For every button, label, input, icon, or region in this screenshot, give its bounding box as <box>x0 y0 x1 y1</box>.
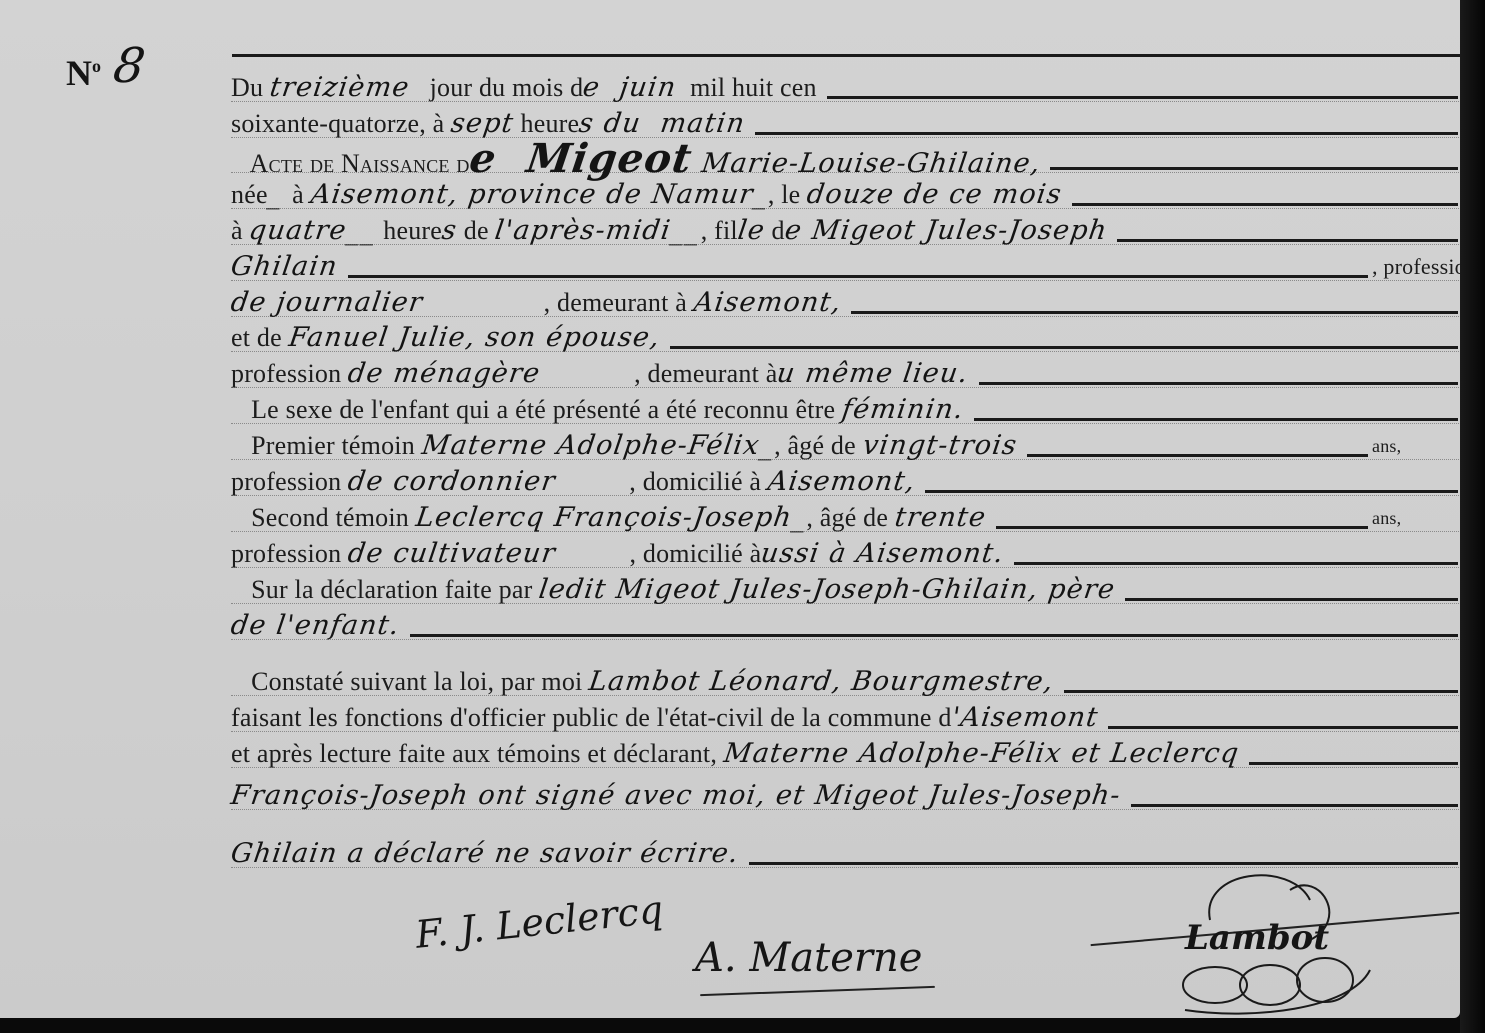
printed-text: Acte de Naissance d <box>231 149 470 178</box>
fill-line <box>1014 562 1458 565</box>
record-line: née_ à Aisemont, province de Namur_, le … <box>231 177 1062 213</box>
handwritten-entry: François-Joseph ont signé avec moi, et M… <box>228 778 1123 814</box>
fill-line <box>851 311 1458 314</box>
handwritten-entry: ledit Migeot Jules-Joseph-Ghilain, père <box>537 572 1118 608</box>
printed-text: mil huit cen <box>677 73 817 102</box>
fill-line <box>979 382 1458 385</box>
printed-text: , domicilié à <box>556 539 762 568</box>
handwritten-entry: e Migeot Jules-Joseph <box>782 213 1109 249</box>
fill-line <box>1249 762 1458 765</box>
fill-line <box>974 418 1458 421</box>
record-line: Le sexe de l'enfant qui a été présenté a… <box>231 392 964 428</box>
handwritten-entry: Aisemont, province de Namur_ <box>308 177 770 213</box>
printed-text: heure <box>377 216 442 245</box>
printed-text: profession <box>231 539 348 568</box>
printed-text: Sur la déclaration faite par <box>231 575 539 604</box>
number-label: N <box>66 53 92 93</box>
record-line: Ghilain a déclaré ne savoir écrire. <box>231 836 739 872</box>
fill-line <box>925 490 1458 493</box>
record-line: de journalier , demeurant à Aisemont, <box>231 285 841 321</box>
record-line: Ghilain <box>231 249 338 285</box>
handwritten-entry: treizième <box>267 70 412 106</box>
printed-text: Second témoin <box>231 503 416 532</box>
handwritten-entry: Materne Adolphe-Félix_ <box>419 428 777 464</box>
fill-line <box>1125 598 1458 601</box>
printed-text: de <box>457 216 495 245</box>
handwritten-entry: u même lieu. <box>775 356 971 392</box>
printed-text-right: ans, <box>1372 500 1401 536</box>
page-bottom-shadow <box>0 1018 1460 1033</box>
fill-line <box>1050 167 1458 170</box>
record-line: François-Joseph ont signé avec moi, et M… <box>231 778 1121 814</box>
signature-leclercq: F. J. Leclercq <box>413 887 665 957</box>
handwritten-entry: Lambot Léonard, Bourgmestre, <box>587 664 1057 700</box>
printed-text: , demeurant à <box>540 359 777 388</box>
handwritten-entry: Aisemont, <box>765 464 918 500</box>
handwritten-entry: de ménagère <box>346 356 543 392</box>
handwritten-entry: l'après-midi__ <box>493 213 703 249</box>
fill-line <box>1117 239 1458 242</box>
printed-text: et après lecture faite aux témoins et dé… <box>231 739 724 768</box>
dotted-guide <box>231 638 1459 640</box>
handwritten-entry: de journalier <box>228 285 425 321</box>
printed-text: profession <box>231 467 348 496</box>
fill-line <box>1027 454 1368 457</box>
fill-line <box>1108 726 1458 729</box>
handwritten-entry: douze de ce mois <box>805 177 1065 213</box>
top-rule <box>232 54 1460 57</box>
handwritten-entry: Ghilain a déclaré ne savoir écrire. <box>228 836 741 872</box>
printed-text: jour du mois d <box>430 73 584 102</box>
record-line: Sur la déclaration faite par ledit Migeo… <box>231 572 1115 608</box>
handwritten-entry: e Migeot <box>467 141 694 177</box>
printed-text: Constaté suivant la loi, par moi <box>231 667 589 696</box>
printed-text: , âgé de <box>806 503 894 532</box>
handwritten-entry: 'Aisemont <box>949 700 1100 736</box>
printed-text: Premier témoin <box>231 431 422 460</box>
fill-line <box>1131 804 1458 807</box>
printed-text: d <box>765 216 785 245</box>
printed-text: , domicilié à <box>556 467 768 496</box>
record-line: de l'enfant. <box>231 608 400 644</box>
handwritten-entry: Leclercq François-Joseph_ <box>413 500 809 536</box>
fill-line <box>348 275 1368 278</box>
printed-text: soixante-quatorze, à <box>231 109 451 138</box>
handwritten-entry: quatre__ <box>247 213 379 249</box>
record-line: profession de cordonnier , domicilié à A… <box>231 464 915 500</box>
signature-materne: A. Materne <box>695 935 922 981</box>
fill-line <box>410 634 1458 637</box>
printed-text: , fil <box>701 216 738 245</box>
record-line: profession de cultivateur , domicilié àu… <box>231 536 1004 572</box>
printed-text <box>409 73 429 102</box>
record-number: No 8 <box>66 52 101 94</box>
printed-text: et de <box>231 323 289 352</box>
handwritten-entry: Ghilain <box>228 249 340 285</box>
printed-text: , âgé de <box>774 431 862 460</box>
signature-materne-underline <box>700 986 935 996</box>
handwritten-entry: vingt-trois <box>860 428 1019 464</box>
handwritten-entry: e juin <box>581 70 679 106</box>
record-line: Du treizième jour du mois de juin mil hu… <box>231 70 817 106</box>
signature-lambot-paraph <box>1170 860 1390 1020</box>
record-line: Premier témoin Materne Adolphe-Félix_, â… <box>231 428 1017 464</box>
record-number-value: 8 <box>110 38 150 94</box>
printed-text-right: ans, <box>1372 428 1401 464</box>
printed-text: née <box>231 180 268 209</box>
handwritten-entry: Aisemont, <box>691 285 844 321</box>
handwritten-entry: féminin. <box>839 392 966 428</box>
printed-text: à <box>292 180 310 209</box>
printed-text: profession <box>231 359 348 388</box>
handwritten-entry: de l'enfant. <box>228 608 402 644</box>
record-line: profession de ménagère , demeurant àu mê… <box>231 356 969 392</box>
fill-line <box>996 526 1368 529</box>
register-page: No 8 Du treizième jour du mois de juin m… <box>0 0 1460 1018</box>
handwritten-entry: ussi à Aisemont. <box>759 536 1007 572</box>
fill-line <box>827 96 1458 99</box>
handwritten-entry: Fanuel Julie, son épouse, <box>286 320 662 356</box>
handwritten-entry: trente <box>892 500 988 536</box>
record-line: Second témoin Leclercq François-Joseph_,… <box>231 500 986 536</box>
fill-line <box>1072 203 1458 206</box>
handwritten-entry: _ <box>265 177 295 213</box>
fill-line <box>1064 690 1458 693</box>
book-binding-edge <box>1460 0 1485 1033</box>
record-line: Constaté suivant la loi, par moi Lambot … <box>231 664 1054 700</box>
printed-text: heure <box>514 109 579 138</box>
printed-text: Du <box>231 73 270 102</box>
number-sup: o <box>92 56 101 76</box>
printed-text: , demeurant à <box>423 288 694 317</box>
handwritten-entry: le <box>735 213 767 249</box>
record-line: et après lecture faite aux témoins et dé… <box>231 736 1239 772</box>
handwritten-entry: de cultivateur <box>346 536 559 572</box>
record-line: à quatre__ heures de l'après-midi__, fil… <box>231 213 1107 249</box>
fill-line <box>755 132 1458 135</box>
record-line: et de Fanuel Julie, son épouse, <box>231 320 660 356</box>
printed-text: faisant les fonctions d'officier public … <box>231 703 952 732</box>
printed-text: , le <box>768 180 807 209</box>
record-line: faisant les fonctions d'officier public … <box>231 700 1098 736</box>
handwritten-entry: Materne Adolphe-Félix et Leclercq <box>721 736 1241 772</box>
dotted-guide <box>231 279 1459 281</box>
record-line: Acte de Naissance de Migeot Marie-Louise… <box>231 141 1040 177</box>
fill-line <box>670 346 1458 349</box>
printed-text: Le sexe de l'enfant qui a été présenté a… <box>231 395 842 424</box>
handwritten-entry: de cordonnier <box>346 464 559 500</box>
